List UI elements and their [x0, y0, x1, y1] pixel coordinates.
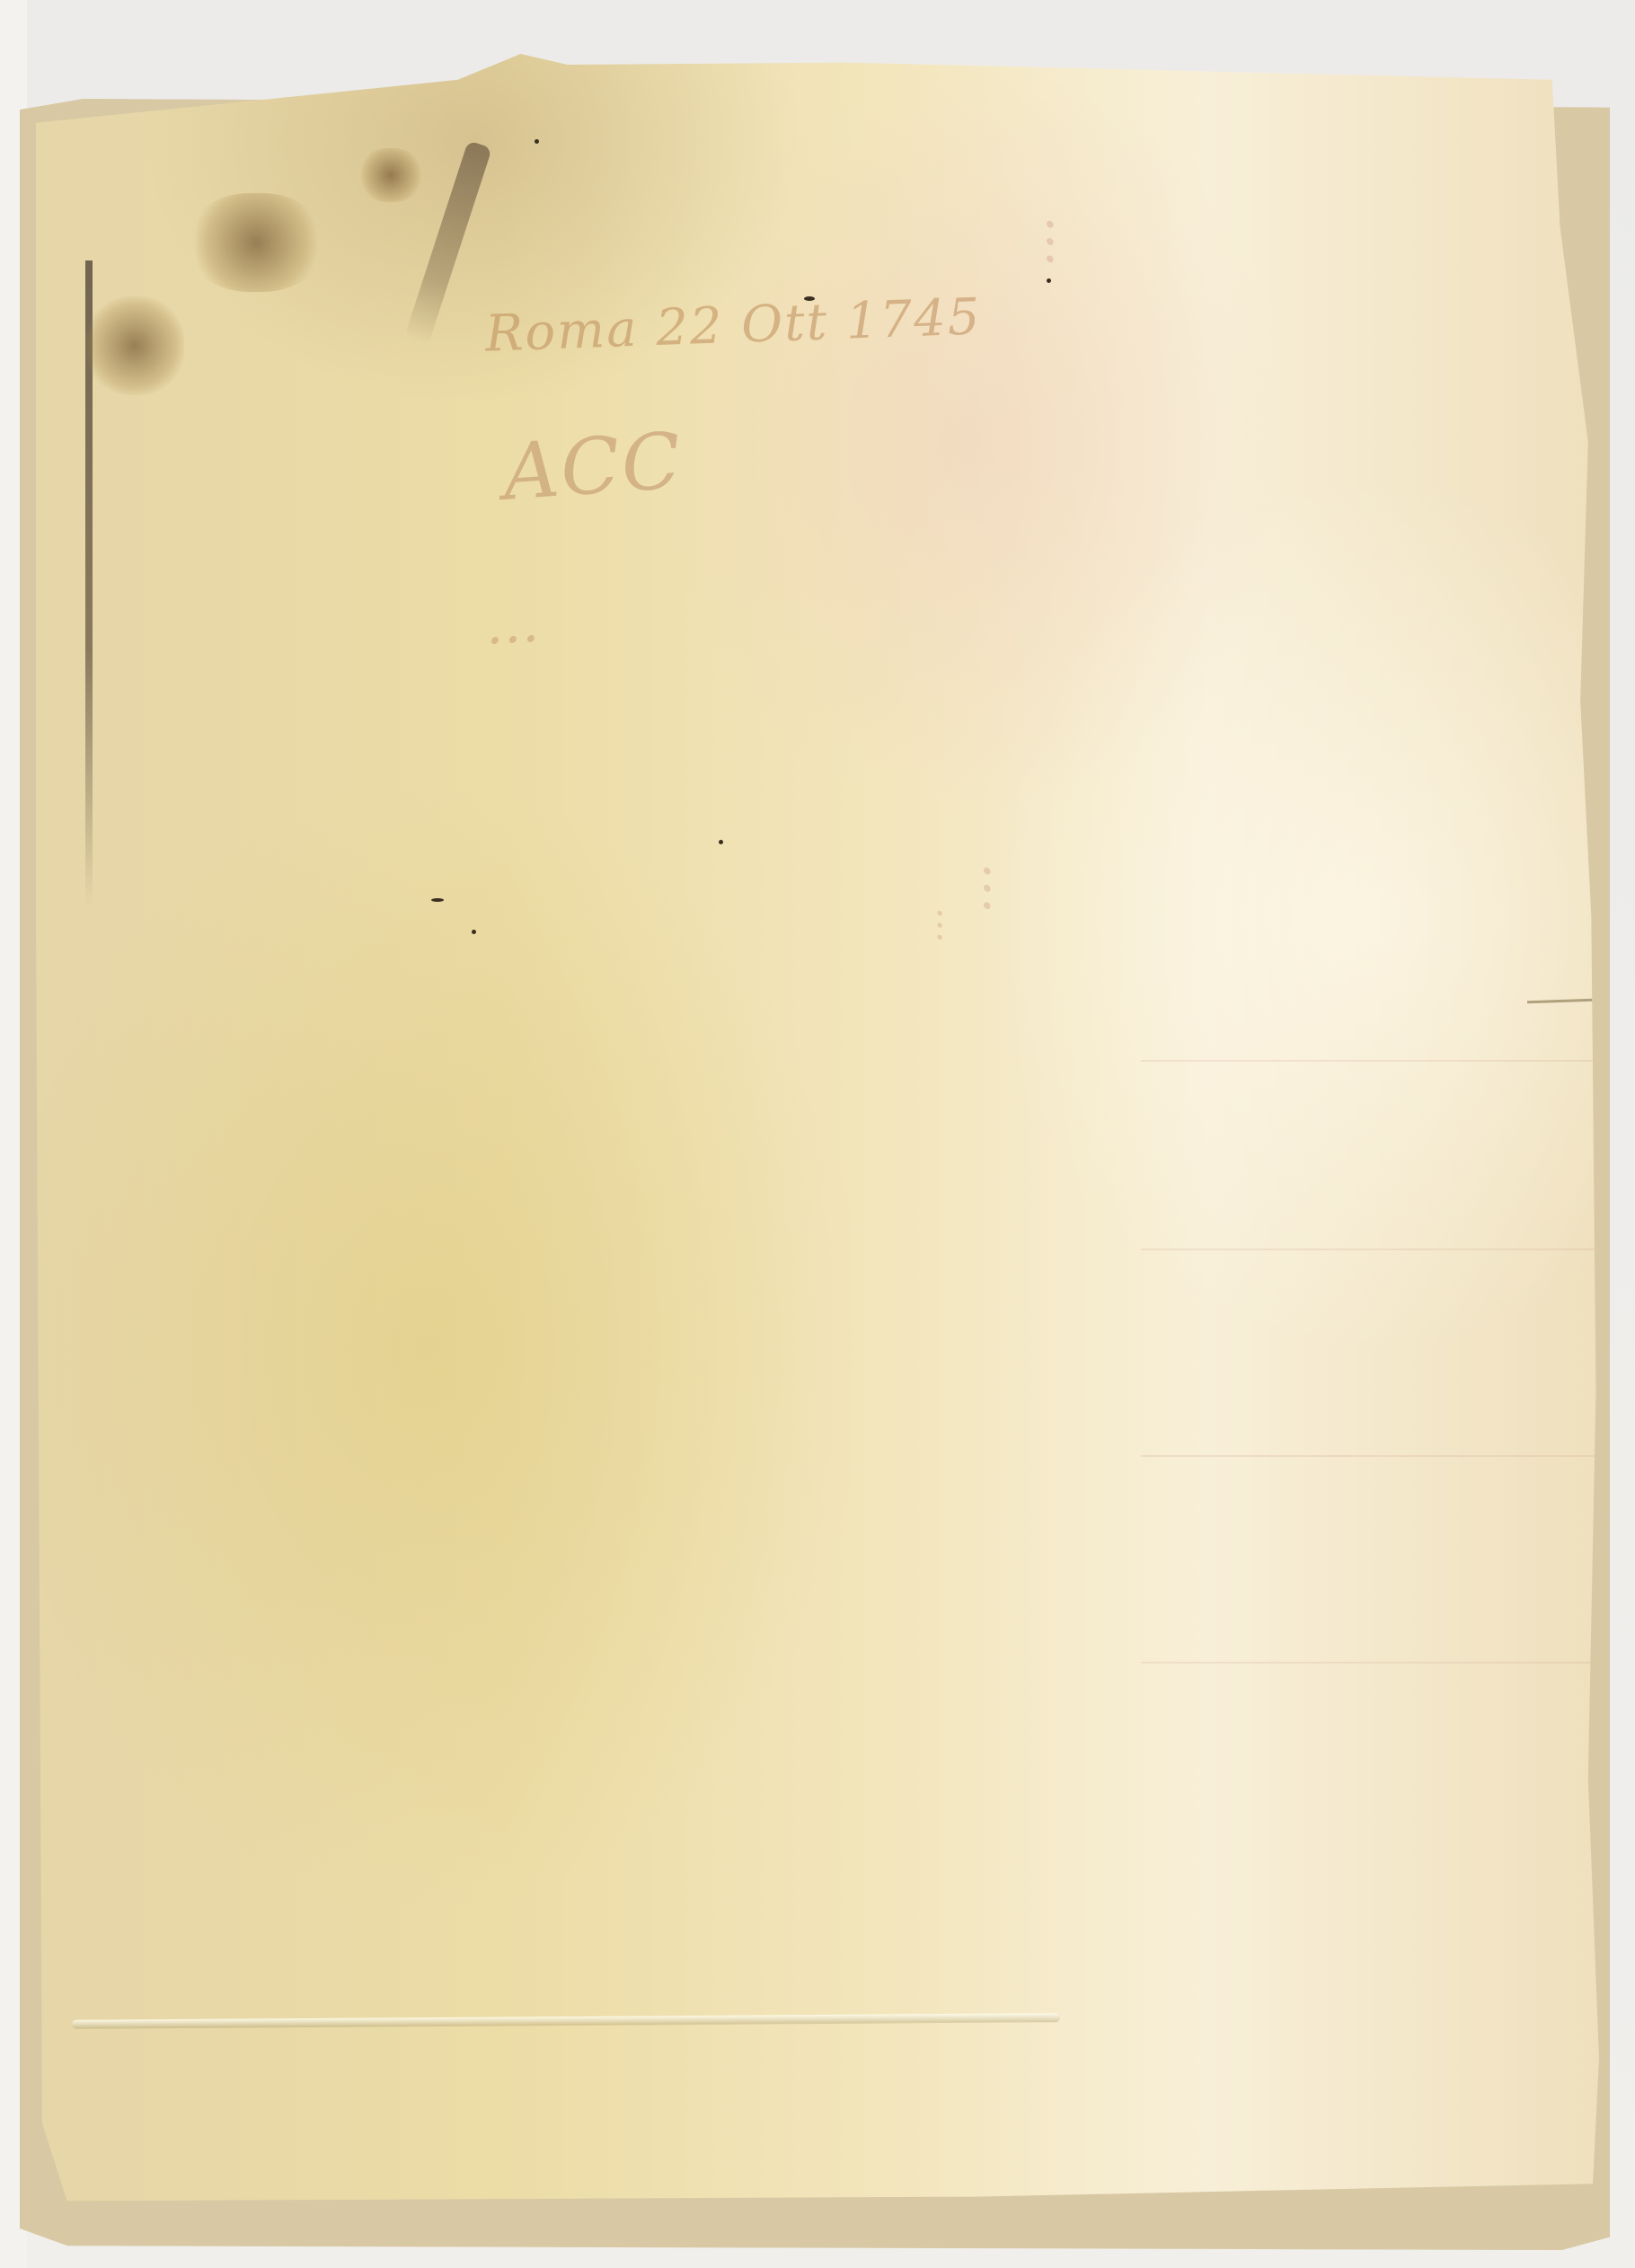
faint-rule — [1141, 1249, 1608, 1250]
bleed-through-text: … — [929, 907, 970, 943]
faint-rule — [1141, 1060, 1608, 1062]
worm-damage — [189, 193, 323, 292]
inscription-date: Roma 22 Ott 1745 — [484, 287, 982, 363]
fold-crease — [72, 2013, 1060, 2029]
faint-rule — [1141, 1455, 1608, 1457]
edge-crack — [1527, 997, 1635, 1004]
worm-damage — [85, 296, 184, 395]
inscription-monogram: ACC — [500, 416, 685, 518]
faint-rule — [1141, 1662, 1608, 1663]
worm-damage — [359, 148, 422, 202]
manuscript-page: Roma 22 Ott 1745 ACC … … … … — [36, 54, 1599, 2210]
inscription-third-line: … — [483, 591, 543, 657]
bleed-through-text: … — [1035, 216, 1096, 268]
bleed-through-text: … — [972, 862, 1033, 914]
